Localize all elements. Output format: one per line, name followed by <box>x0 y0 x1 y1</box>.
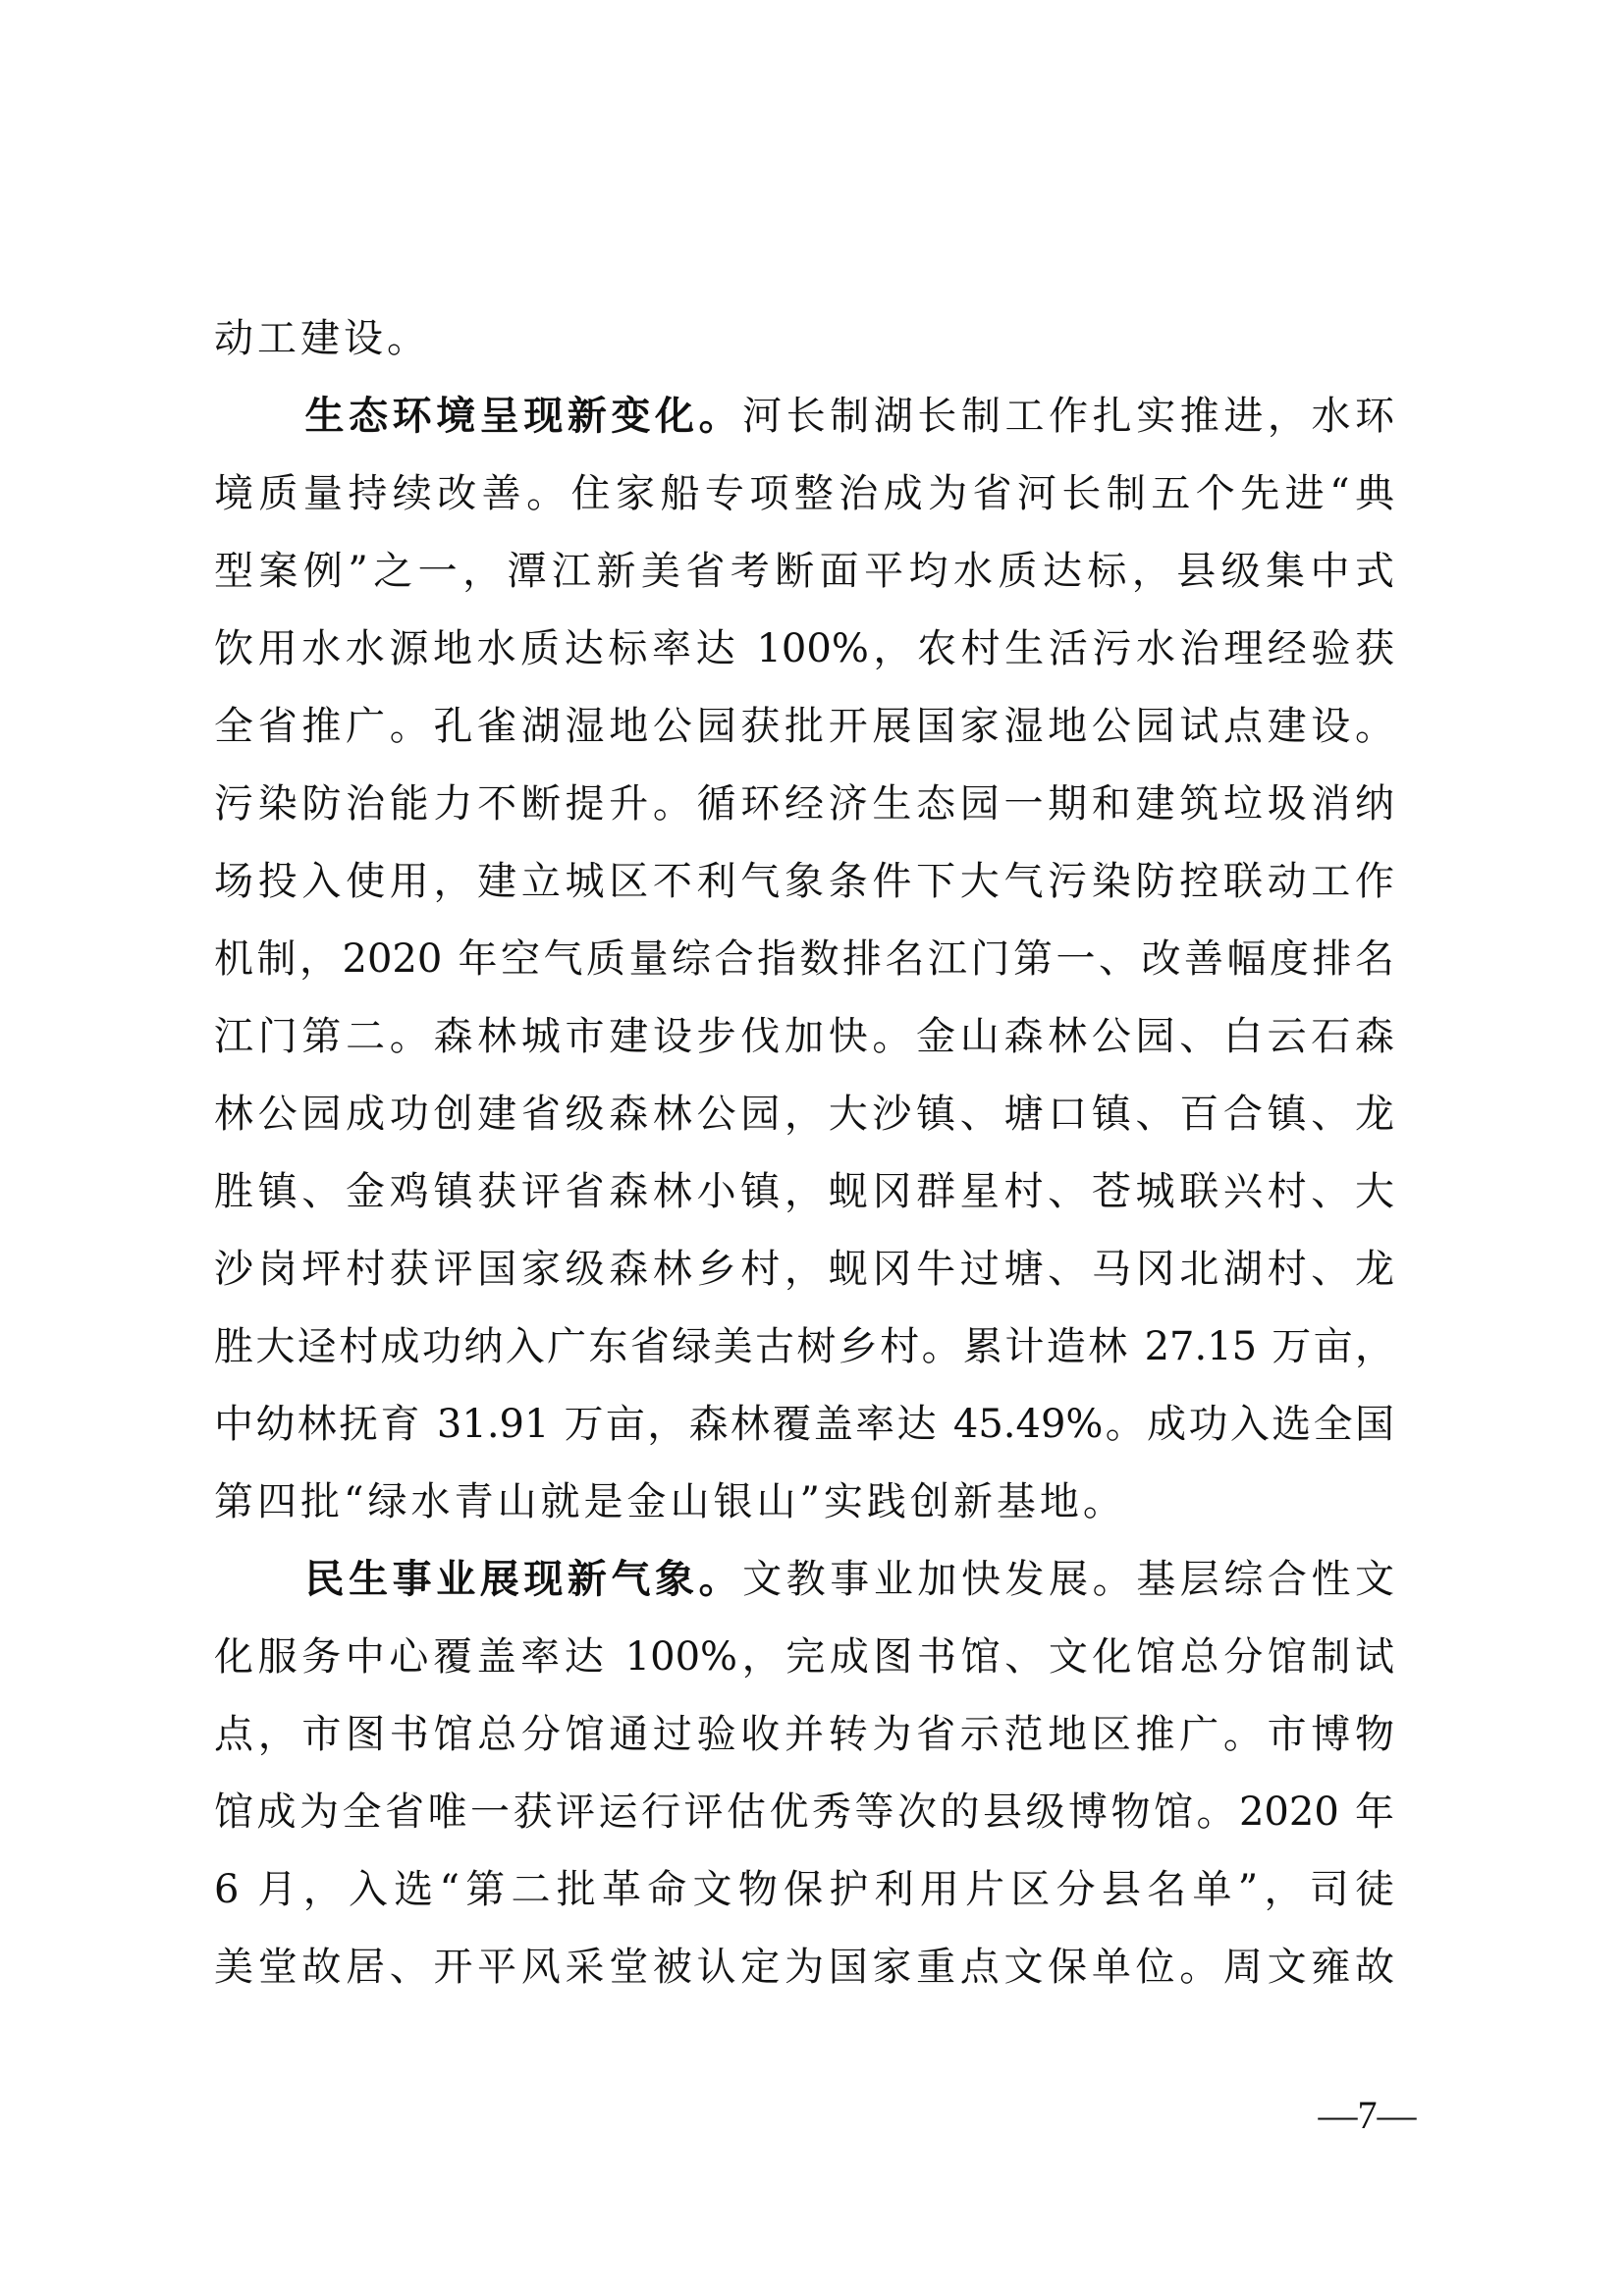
text-line: 型案例”之一，潭江新美省考断面平均水质达标，县级集中式 <box>214 544 1394 599</box>
line-text: 化服务中心覆盖率达 100%，完成图书馆、文化馆总分馆制试 <box>214 1634 1394 1680</box>
text-line: 胜大迳村成功纳入广东省绿美古树乡村。累计造林 27.15 万亩， <box>214 1319 1394 1374</box>
line-text: 馆成为全省唯一获评运行评估优秀等次的县级博物馆。2020 年 <box>214 1789 1394 1835</box>
text-line: 第四批“绿水青山就是金山银山”实践创新基地。 <box>214 1474 1394 1529</box>
paragraph-heading-line: 民生事业展现新气象。文教事业加快发展。基层综合性文 <box>214 1552 1394 1607</box>
line-text: 饮用水水源地水质达标率达 100%，农村生活污水治理经验获 <box>214 626 1394 671</box>
text-line: 化服务中心覆盖率达 100%，完成图书馆、文化馆总分馆制试 <box>214 1629 1394 1684</box>
text-line: 胜镇、金鸡镇获评省森林小镇，蚬冈群星村、苍城联兴村、大 <box>214 1164 1394 1219</box>
page-number: —7— <box>1306 2091 1429 2140</box>
text-line: 6 月，入选“第二批革命文物保护利用片区分县名单”，司徒 <box>214 1862 1394 1917</box>
line-text: 胜镇、金鸡镇获评省森林小镇，蚬冈群星村、苍城联兴村、大 <box>214 1169 1394 1214</box>
line-text: 第四批“绿水青山就是金山银山”实践创新基地。 <box>214 1479 1126 1524</box>
text-line: 全省推广。孔雀湖湿地公园获批开展国家湿地公园试点建设。 <box>214 699 1394 754</box>
line-text: 文教事业加快发展。基层综合性文 <box>742 1557 1394 1602</box>
line-text: 污染防治能力不断提升。循环经济生态园一期和建筑垃圾消纳 <box>214 781 1394 827</box>
text-line: 饮用水水源地水质达标率达 100%，农村生活污水治理经验获 <box>214 621 1394 676</box>
line-text: 江门第二。森林城市建设步伐加快。金山森林公园、白云石森 <box>214 1014 1394 1059</box>
text-line: 沙岗坪村获评国家级森林乡村，蚬冈牛过塘、马冈北湖村、龙 <box>214 1242 1394 1297</box>
text-line: 美堂故居、开平风采堂被认定为国家重点文保单位。周文雍故 <box>214 1940 1394 1995</box>
line-text: 境质量持续改善。住家船专项整治成为省河长制五个先进“典 <box>214 471 1394 516</box>
text-line: 江门第二。森林城市建设步伐加快。金山森林公园、白云石森 <box>214 1009 1394 1064</box>
line-text: 6 月，入选“第二批革命文物保护利用片区分县名单”，司徒 <box>214 1867 1394 1912</box>
section-lead-heading: 生态环境呈现新变化。 <box>300 394 742 439</box>
section-lead-heading: 民生事业展现新气象。 <box>300 1557 742 1602</box>
line-text: 林公园成功创建省级森林公园，大沙镇、塘口镇、百合镇、龙 <box>214 1092 1394 1137</box>
text-line: 污染防治能力不断提升。循环经济生态园一期和建筑垃圾消纳 <box>214 776 1394 831</box>
text-line: 点，市图书馆总分馆通过验收并转为省示范地区推广。市博物 <box>214 1707 1394 1762</box>
line-text: 美堂故居、开平风采堂被认定为国家重点文保单位。周文雍故 <box>214 1945 1394 1990</box>
line-text: 沙岗坪村获评国家级森林乡村，蚬冈牛过塘、马冈北湖村、龙 <box>214 1247 1394 1292</box>
line-text: 机制，2020 年空气质量综合指数排名江门第一、改善幅度排名 <box>214 936 1394 982</box>
text-line: 中幼林抚育 31.91 万亩，森林覆盖率达 45.49%。成功入选全国 <box>214 1397 1394 1452</box>
line-text: 点，市图书馆总分馆通过验收并转为省示范地区推广。市博物 <box>214 1712 1394 1757</box>
line-text: 河长制湖长制工作扎实推进，水环 <box>742 394 1394 439</box>
text-line: 动工建设。 <box>214 311 1394 366</box>
text-line: 机制，2020 年空气质量综合指数排名江门第一、改善幅度排名 <box>214 932 1394 987</box>
line-text: 中幼林抚育 31.91 万亩，森林覆盖率达 45.49%。成功入选全国 <box>214 1402 1394 1447</box>
text-line: 林公园成功创建省级森林公园，大沙镇、塘口镇、百合镇、龙 <box>214 1087 1394 1142</box>
text-line: 境质量持续改善。住家船专项整治成为省河长制五个先进“典 <box>214 466 1394 521</box>
text-line: 场投入使用，建立城区不利气象条件下大气污染防控联动工作 <box>214 854 1394 909</box>
document-page: 动工建设。生态环境呈现新变化。河长制湖长制工作扎实推进，水环境质量持续改善。住家… <box>0 0 1624 2296</box>
line-text: 场投入使用，建立城区不利气象条件下大气污染防控联动工作 <box>214 859 1394 904</box>
paragraph-heading-line: 生态环境呈现新变化。河长制湖长制工作扎实推进，水环 <box>214 389 1394 444</box>
text-line: 馆成为全省唯一获评运行评估优秀等次的县级博物馆。2020 年 <box>214 1785 1394 1840</box>
line-text: 动工建设。 <box>214 316 430 361</box>
line-text: 型案例”之一，潭江新美省考断面平均水质达标，县级集中式 <box>214 549 1394 594</box>
line-text: 全省推广。孔雀湖湿地公园获批开展国家湿地公园试点建设。 <box>214 704 1394 749</box>
line-text: 胜大迳村成功纳入广东省绿美古树乡村。累计造林 27.15 万亩， <box>214 1324 1394 1369</box>
